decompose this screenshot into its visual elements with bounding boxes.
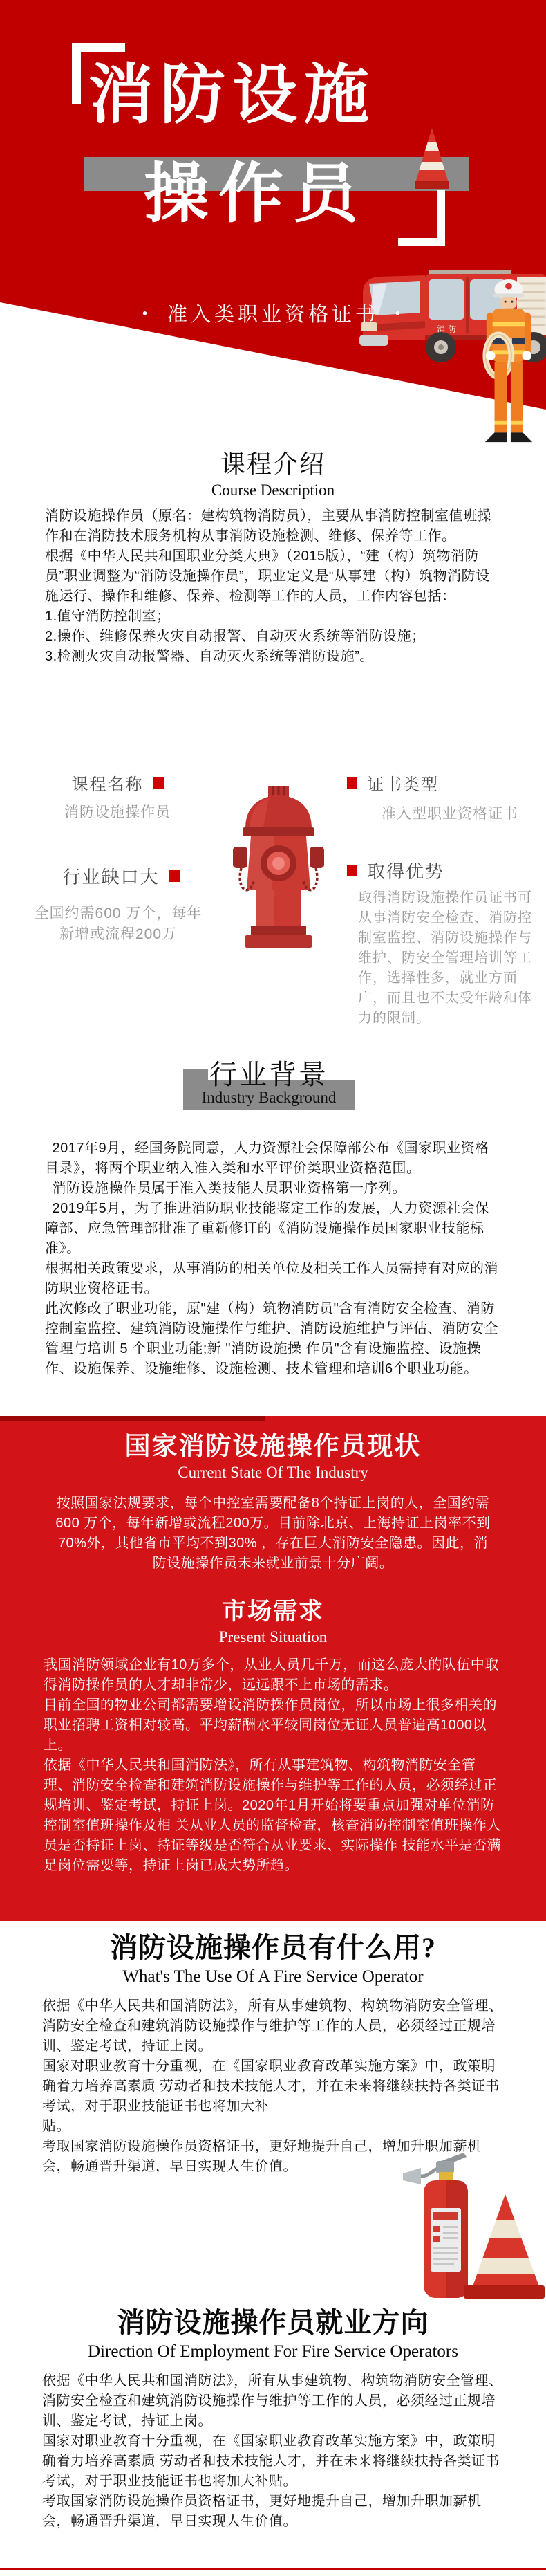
info-item-advantage: 取得优势 xyxy=(347,858,540,883)
info-item-industry-gap: 行业缺口大 xyxy=(28,863,214,889)
usefulness-title: 消防设施操作员有什么用? xyxy=(0,1930,546,1966)
dark-red-strip-decoration xyxy=(0,1416,265,1421)
paragraph: 依据《中华人民共和国消防法》，所有从事建筑物、构筑物消防安全管理、消防安全检查和… xyxy=(44,1756,502,1876)
traffic-cone-icon xyxy=(415,127,449,190)
info-desc: 消防设施操作员 xyxy=(28,802,207,823)
paragraph: 考取国家消防设施操作员资格证书，更好地提升自己，增加升职加薪机会，畅通晋升渠道，… xyxy=(42,2492,504,2532)
industry-background-subtitle: Industry Background xyxy=(183,1089,355,1107)
firefighter-illustration xyxy=(481,272,536,450)
paragraph: 1.值守消防控制室； xyxy=(45,607,501,627)
paragraph: 2.操作、维修保养火灾自动报警、自动灭火系统等消防设施； xyxy=(45,627,501,647)
paragraph: 消防设施操作员（原名：建构筑物消防员），主要从事消防控制室值班操作和在消防技术服… xyxy=(45,506,501,546)
page-title-line2: 操作员 xyxy=(144,161,368,226)
info-label: 行业缺口大 xyxy=(62,863,159,889)
bracket-close-decoration xyxy=(398,190,445,246)
paragraph: 国家对职业教育十分重视，在《国家职业教育改革实施方案》中，政策明确着力培养高素质… xyxy=(42,2057,504,2137)
header-subtitle: ・ 准入类职业资格证书 ・ xyxy=(0,299,546,327)
poster-page: 消防设施 消防 xyxy=(0,0,546,2576)
red-square-icon xyxy=(153,777,164,789)
section-red-panel: 国家消防设施操作员现状 Current State Of The Industr… xyxy=(0,1416,546,1921)
info-label: 证书类型 xyxy=(367,771,439,795)
current-state-title: 国家消防设施操作员现状 xyxy=(0,1416,546,1463)
current-state-subtitle: Current State Of The Industry xyxy=(0,1463,546,1482)
red-square-icon xyxy=(169,870,180,882)
red-square-icon xyxy=(347,865,357,876)
course-intro-subtitle: Course Description xyxy=(0,480,546,501)
paragraph: 2017年9月，经国务院同意，人力资源社会保障部公布《国家职业资格目录》，将两个… xyxy=(45,1139,501,1179)
section-info-panel: 课程名称 消防设施操作员 证书类型 准入型职业资格证书 行业缺口大 全国约需60… xyxy=(0,761,546,1038)
course-intro-title: 课程介绍 xyxy=(0,448,546,480)
market-demand-body: 我国消防领域企业有10万多个，从业人员几千万，而这么庞大的队伍中取得消防操作员的… xyxy=(44,1655,502,1876)
industry-background-body: 2017年9月，经国务院同意，人力资源社会保障部公布《国家职业资格目录》，将两个… xyxy=(45,1139,501,1379)
section-usefulness: 消防设施操作员有什么用? What's The Use Of A Fire Se… xyxy=(0,1930,546,2177)
paragraph: 3.检测火灾自动报警器、自动灭火系统等消防设施”。 xyxy=(45,647,501,667)
header-banner: 消防设施 消防 xyxy=(0,0,546,410)
paragraph: 根据《中华人民共和国职业分类大典》（2015版），“建（构）筑物消防员”职业调整… xyxy=(45,546,501,607)
info-desc: 取得消防设施操作员证书可从事消防安全检查、消防控制室监控、消防设施操作与维护、防… xyxy=(358,888,534,1029)
section-employment: 消防设施操作员就业方向 Direction Of Employment For … xyxy=(0,2305,546,2532)
paragraph: 我国消防领域企业有10万多个，从业人员几千万，而这么庞大的队伍中取得消防操作员的… xyxy=(44,1655,502,1695)
employment-body: 依据《中华人民共和国消防法》，所有从事建筑物、构筑物消防安全管理、消防安全检查和… xyxy=(42,2371,504,2532)
industry-background-heading: 行业背景 Industry Background xyxy=(183,1060,363,1121)
employment-subtitle: Direction Of Employment For Fire Service… xyxy=(0,2341,546,2363)
industry-background-title: 行业背景 xyxy=(183,1060,355,1090)
info-desc: 全国约需600 万个，每年新增或流程200万 xyxy=(28,903,209,945)
paragraph: 消防设施操作员属于准入类技能人员职业资格第一序列。 xyxy=(45,1179,501,1199)
info-label: 取得优势 xyxy=(367,858,444,883)
current-state-paragraph: 按照国家法规要求，每个中控室需要配备8个持证上岗的人，全国约需600 万个，每年… xyxy=(53,1493,493,1574)
page-title-line1: 消防设施 xyxy=(88,62,376,127)
fire-hydrant-illustration xyxy=(233,786,324,949)
market-demand-subtitle: Present Situation xyxy=(0,1628,546,1647)
info-item-cert-type: 证书类型 xyxy=(347,771,540,795)
course-intro-body: 消防设施操作员（原名：建构筑物消防员），主要从事消防控制室值班操作和在消防技术服… xyxy=(45,506,501,667)
paragraph: 目前全国的物业公司都需要增设消防操作员岗位，所以市场上很多相关的职业招聘工资相对… xyxy=(44,1695,502,1756)
paragraph: 2019年5月，为了推进消防职业技能鉴定工作的发展，人力资源社会保障部、应急管理… xyxy=(45,1199,501,1259)
info-desc: 准入型职业资格证书 xyxy=(382,804,540,825)
market-demand-title: 市场需求 xyxy=(0,1596,546,1628)
info-item-course-name: 课程名称 xyxy=(28,771,207,795)
paragraph: 此次修改了职业功能，原"建（构）筑物消防员"含有消防安全检查、消防控制室监控、建… xyxy=(45,1299,501,1379)
section-industry-background: 行业背景 Industry Background 2017年9月，经国务院同意，… xyxy=(0,1060,546,1379)
employment-title: 消防设施操作员就业方向 xyxy=(0,2305,546,2341)
paragraph: 根据相关政策要求，从事消防的相关单位及相关工作人员需持有对应的消防职业资格证书。 xyxy=(45,1259,501,1299)
section-course-intro: 课程介绍 Course Description 消防设施操作员（原名：建构筑物消… xyxy=(0,448,546,667)
red-square-icon xyxy=(347,777,357,789)
footer-red-line xyxy=(0,2568,546,2570)
paragraph: 依据《中华人民共和国消防法》，所有从事建筑物、构筑物消防安全管理、消防安全检查和… xyxy=(42,2371,504,2431)
usefulness-subtitle: What's The Use Of A Fire Service Operato… xyxy=(0,1966,546,1988)
paragraph: 依据《中华人民共和国消防法》，所有从事建筑物、构筑物消防安全管理、消防安全检查和… xyxy=(42,1996,504,2057)
paragraph: 国家对职业教育十分重视，在《国家职业教育改革实施方案》中，政策明确着力培养高素质… xyxy=(42,2431,504,2492)
fire-extinguisher-illustration xyxy=(403,2149,545,2302)
info-label: 课程名称 xyxy=(72,771,144,795)
